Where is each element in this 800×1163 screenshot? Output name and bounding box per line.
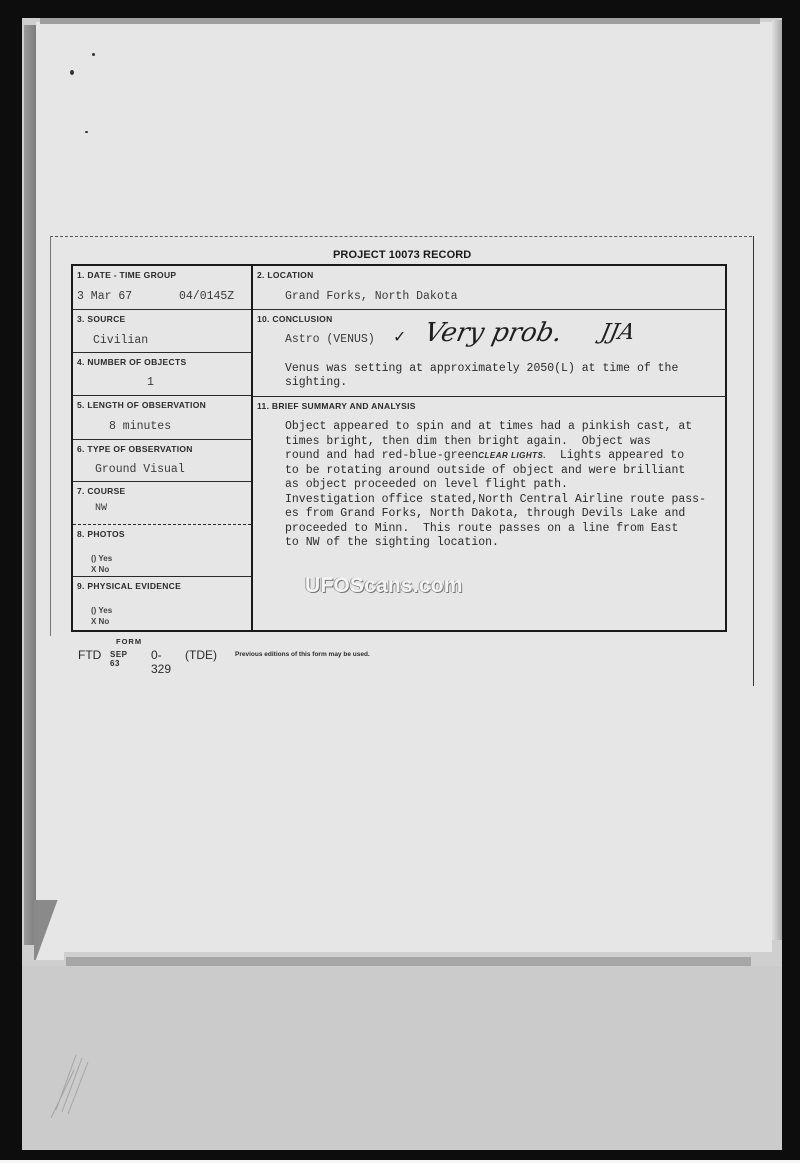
field-course: 7. COURSE NW <box>73 482 251 525</box>
field-label: 5. LENGTH OF OBSERVATION <box>77 400 206 410</box>
field-label: 8. PHOTOS <box>77 529 125 539</box>
photos-yes-option: () Yes <box>91 554 112 563</box>
field-source: 3. SOURCE Civilian <box>73 310 251 353</box>
dust-speck <box>70 70 74 75</box>
evidence-yes-option: () Yes <box>91 606 112 615</box>
field-physical-evidence: 9. PHYSICAL EVIDENCE () Yes X No <box>73 577 251 630</box>
page-right-shadow <box>772 20 782 940</box>
footer-date: SEP 63 <box>110 650 127 668</box>
summary-line-with-insert: round and had red-blue-greenCLEAR LIGHTS… <box>285 449 706 464</box>
date-value: 3 Mar 67 <box>77 290 132 303</box>
form-outer-border-right <box>753 236 754 686</box>
film-border-left <box>0 0 22 1163</box>
source-value: Civilian <box>93 334 148 347</box>
field-label: 1. DATE - TIME GROUP <box>77 270 176 280</box>
footer-note: Previous editions of this form may be us… <box>235 651 370 658</box>
field-label: 10. CONCLUSION <box>257 314 333 324</box>
field-label: 6. TYPE OF OBSERVATION <box>77 444 193 454</box>
summary-line: as object proceeded on level flight path… <box>285 478 706 493</box>
film-border-top <box>0 0 800 18</box>
dust-speck <box>85 131 88 133</box>
time-value: 04/0145Z <box>179 290 234 303</box>
field-date-time-group: 1. DATE - TIME GROUP 3 Mar 67 04/0145Z <box>73 266 251 310</box>
field-label: 7. COURSE <box>77 486 126 496</box>
footer-org: FTD <box>78 648 101 662</box>
handwritten-initials: JJA <box>598 320 637 345</box>
summary-line-tail: Lights appeared to <box>546 449 684 462</box>
field-type-of-observation: 6. TYPE OF OBSERVATION Ground Visual <box>73 440 251 482</box>
field-label: 9. PHYSICAL EVIDENCE <box>77 581 181 591</box>
form-left-column: 1. DATE - TIME GROUP 3 Mar 67 04/0145Z 3… <box>73 266 253 630</box>
conclusion-value: Astro (VENUS) <box>285 333 375 346</box>
conclusion-detail-line-1: Venus was setting at approximately 2050(… <box>285 362 678 377</box>
summary-line: round and had red-blue-green <box>285 449 478 462</box>
type-value: Ground Visual <box>95 463 185 476</box>
location-value: Grand Forks, North Dakota <box>285 290 458 303</box>
form-title: PROJECT 10073 RECORD <box>333 249 471 261</box>
field-photos: 8. PHOTOS () Yes X No <box>73 525 251 577</box>
field-length-of-observation: 5. LENGTH OF OBSERVATION 8 minutes <box>73 396 251 440</box>
summary-line: to be rotating around outside of object … <box>285 464 706 479</box>
page-top-shadow <box>40 18 760 24</box>
field-location: 2. LOCATION Grand Forks, North Dakota <box>253 266 725 310</box>
number-of-objects-value: 1 <box>147 376 154 389</box>
course-value: NW <box>95 503 107 514</box>
summary-text: Object appeared to spin and at times had… <box>285 420 706 551</box>
field-label: 2. LOCATION <box>257 270 314 280</box>
summary-line: proceeded to Minn. This route passes on … <box>285 522 706 537</box>
lower-sheet <box>22 966 782 1150</box>
evidence-no-option: X No <box>91 617 109 626</box>
field-label: 11. BRIEF SUMMARY AND ANALYSIS <box>257 401 416 411</box>
length-value: 8 minutes <box>109 420 171 433</box>
summary-line: Investigation office stated,North Centra… <box>285 493 706 508</box>
field-number-of-objects: 4. NUMBER OF OBJECTS 1 <box>73 353 251 396</box>
film-border-right <box>782 0 800 1163</box>
conclusion-detail-line-2: sighting. <box>285 376 347 391</box>
form-outer-border-top <box>50 236 752 237</box>
handwritten-note: Very prob. <box>422 318 565 348</box>
page-bottom-shadow <box>66 957 751 966</box>
footer-form-number: 0-329 <box>151 648 171 676</box>
checkmark-icon: ✓ <box>393 327 406 347</box>
footer-office: (TDE) <box>185 648 217 662</box>
scratch-marks <box>46 1050 96 1120</box>
handwritten-insert: CLEAR LIGHTS. <box>478 451 546 460</box>
summary-line: times bright, then dim then bright again… <box>285 435 706 450</box>
form-outer-border-left <box>50 236 51 636</box>
dust-speck <box>92 53 95 56</box>
page-left-shadow <box>24 25 36 945</box>
summary-line: to NW of the sighting location. <box>285 536 706 551</box>
summary-line: es from Grand Forks, North Dakota, throu… <box>285 507 706 522</box>
summary-line: Object appeared to spin and at times had… <box>285 420 706 435</box>
page-corner-fold <box>34 900 64 960</box>
footer-form-label: FORM <box>116 637 142 646</box>
field-label: 4. NUMBER OF OBJECTS <box>77 357 186 367</box>
watermark: UFOScans.com <box>305 574 463 598</box>
photos-no-option: X No <box>91 565 109 574</box>
field-label: 3. SOURCE <box>77 314 126 324</box>
field-conclusion: 10. CONCLUSION Astro (VENUS) ✓ Very prob… <box>253 310 725 397</box>
